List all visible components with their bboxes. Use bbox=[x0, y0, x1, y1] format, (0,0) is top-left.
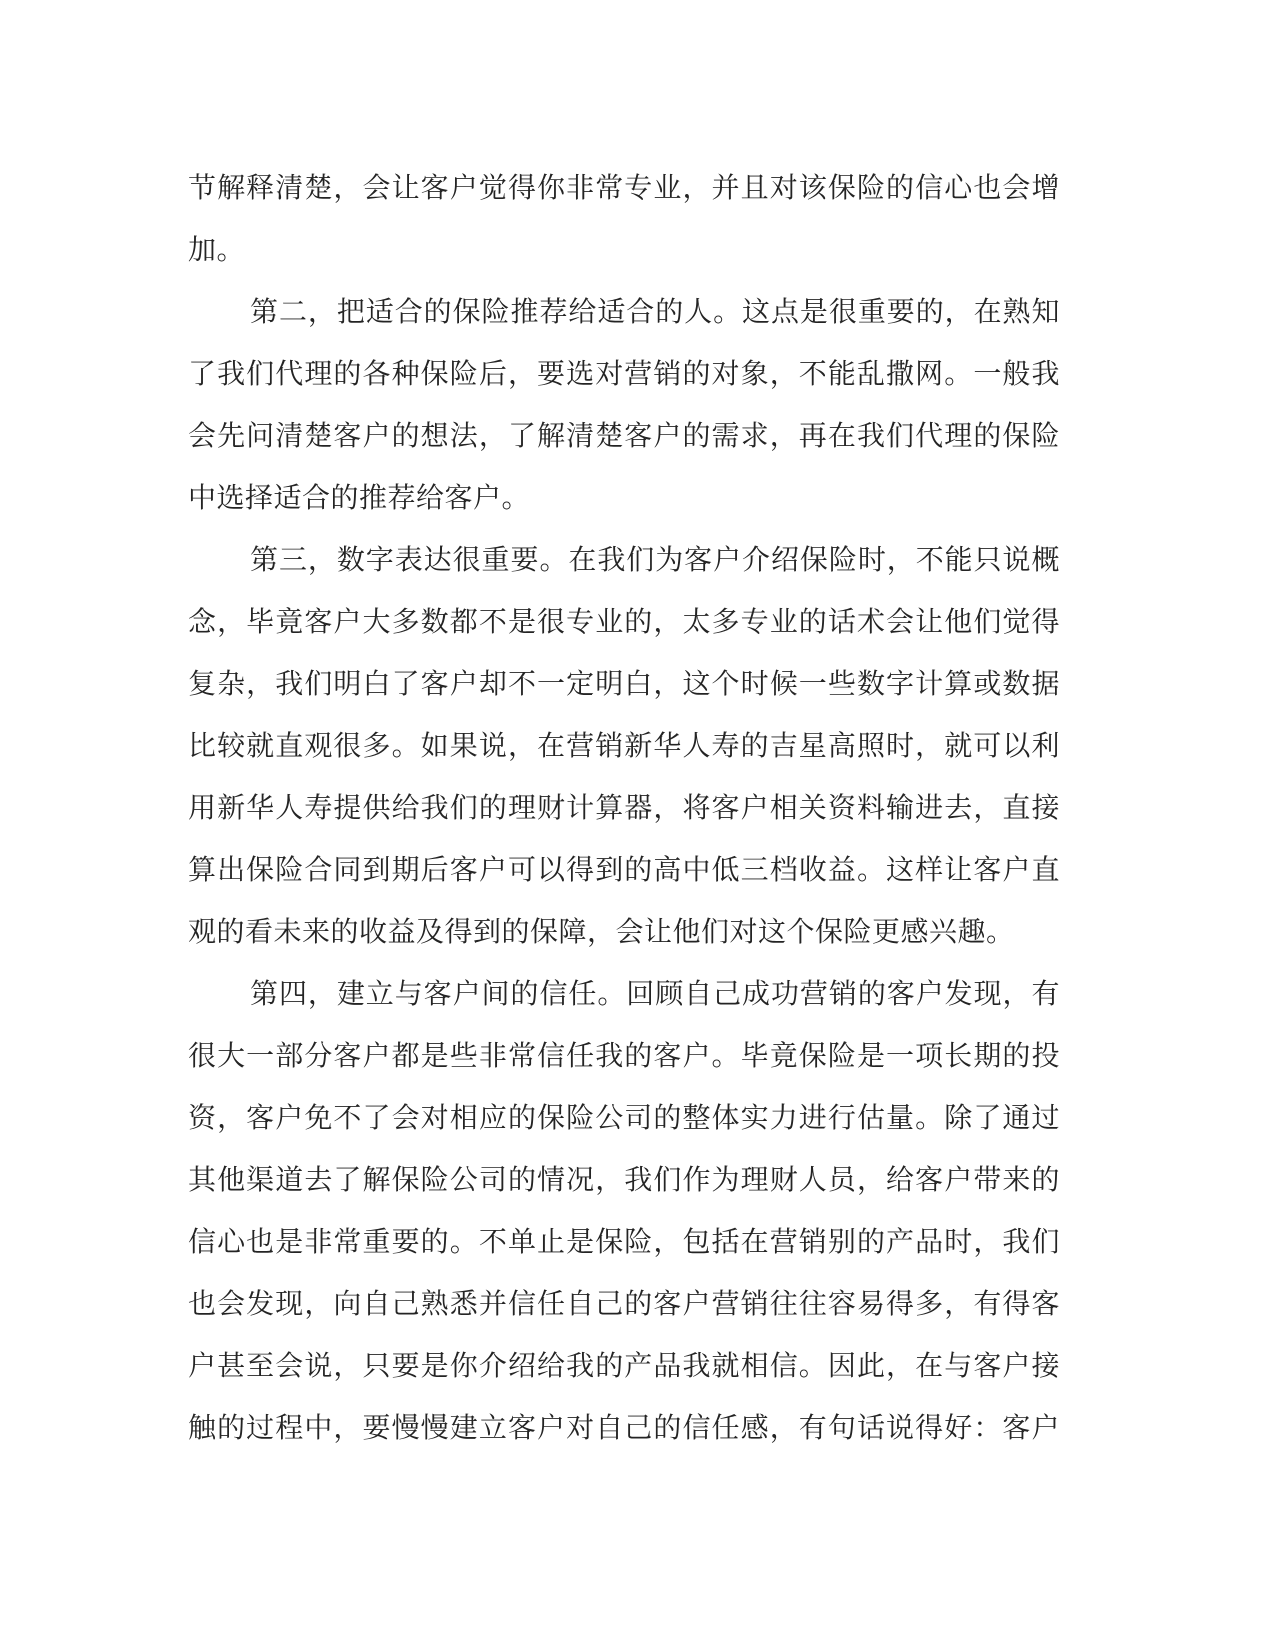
text-line: 加。 bbox=[188, 220, 1060, 282]
paragraph: 第三，数字表达很重要。在我们为客户介绍保险时，不能只说概念，毕竟客户大多数都不是… bbox=[188, 530, 1060, 964]
text-line: 其他渠道去了解保险公司的情况，我们作为理财人员，给客户带来的 bbox=[188, 1150, 1060, 1212]
document-body: 节解释清楚，会让客户觉得你非常专业，并且对该保险的信心也会增加。第二，把适合的保… bbox=[188, 158, 1060, 1460]
text-line: 资，客户免不了会对相应的保险公司的整体实力进行估量。除了通过 bbox=[188, 1088, 1060, 1150]
text-line: 算出保险合同到期后客户可以得到的高中低三档收益。这样让客户直 bbox=[188, 840, 1060, 902]
text-line: 复杂，我们明白了客户却不一定明白，这个时候一些数字计算或数据 bbox=[188, 654, 1060, 716]
paragraph: 节解释清楚，会让客户觉得你非常专业，并且对该保险的信心也会增加。 bbox=[188, 158, 1060, 282]
text-line: 中选择适合的推荐给客户。 bbox=[188, 468, 1060, 530]
text-line: 很大一部分客户都是些非常信任我的客户。毕竟保险是一项长期的投 bbox=[188, 1026, 1060, 1088]
text-line: 观的看未来的收益及得到的保障，会让他们对这个保险更感兴趣。 bbox=[188, 902, 1060, 964]
text-line: 会先问清楚客户的想法，了解清楚客户的需求，再在我们代理的保险 bbox=[188, 406, 1060, 468]
paragraph: 第二，把适合的保险推荐给适合的人。这点是很重要的，在熟知了我们代理的各种保险后，… bbox=[188, 282, 1060, 530]
text-line: 第四，建立与客户间的信任。回顾自己成功营销的客户发现，有 bbox=[188, 964, 1060, 1026]
document-page: 节解释清楚，会让客户觉得你非常专业，并且对该保险的信心也会增加。第二，把适合的保… bbox=[0, 0, 1275, 1650]
paragraph: 第四，建立与客户间的信任。回顾自己成功营销的客户发现，有很大一部分客户都是些非常… bbox=[188, 964, 1060, 1460]
text-line: 了我们代理的各种保险后，要选对营销的对象，不能乱撒网。一般我 bbox=[188, 344, 1060, 406]
text-line: 比较就直观很多。如果说，在营销新华人寿的吉星高照时，就可以利 bbox=[188, 716, 1060, 778]
text-line: 信心也是非常重要的。不单止是保险，包括在营销别的产品时，我们 bbox=[188, 1212, 1060, 1274]
text-line: 第三，数字表达很重要。在我们为客户介绍保险时，不能只说概 bbox=[188, 530, 1060, 592]
text-line: 念，毕竟客户大多数都不是很专业的，太多专业的话术会让他们觉得 bbox=[188, 592, 1060, 654]
text-line: 第二，把适合的保险推荐给适合的人。这点是很重要的，在熟知 bbox=[188, 282, 1060, 344]
text-line: 也会发现，向自己熟悉并信任自己的客户营销往往容易得多，有得客 bbox=[188, 1274, 1060, 1336]
text-line: 用新华人寿提供给我们的理财计算器，将客户相关资料输进去，直接 bbox=[188, 778, 1060, 840]
text-line: 触的过程中，要慢慢建立客户对自己的信任感，有句话说得好：客户 bbox=[188, 1398, 1060, 1460]
text-line: 户甚至会说，只要是你介绍给我的产品我就相信。因此，在与客户接 bbox=[188, 1336, 1060, 1398]
text-line: 节解释清楚，会让客户觉得你非常专业，并且对该保险的信心也会增 bbox=[188, 158, 1060, 220]
